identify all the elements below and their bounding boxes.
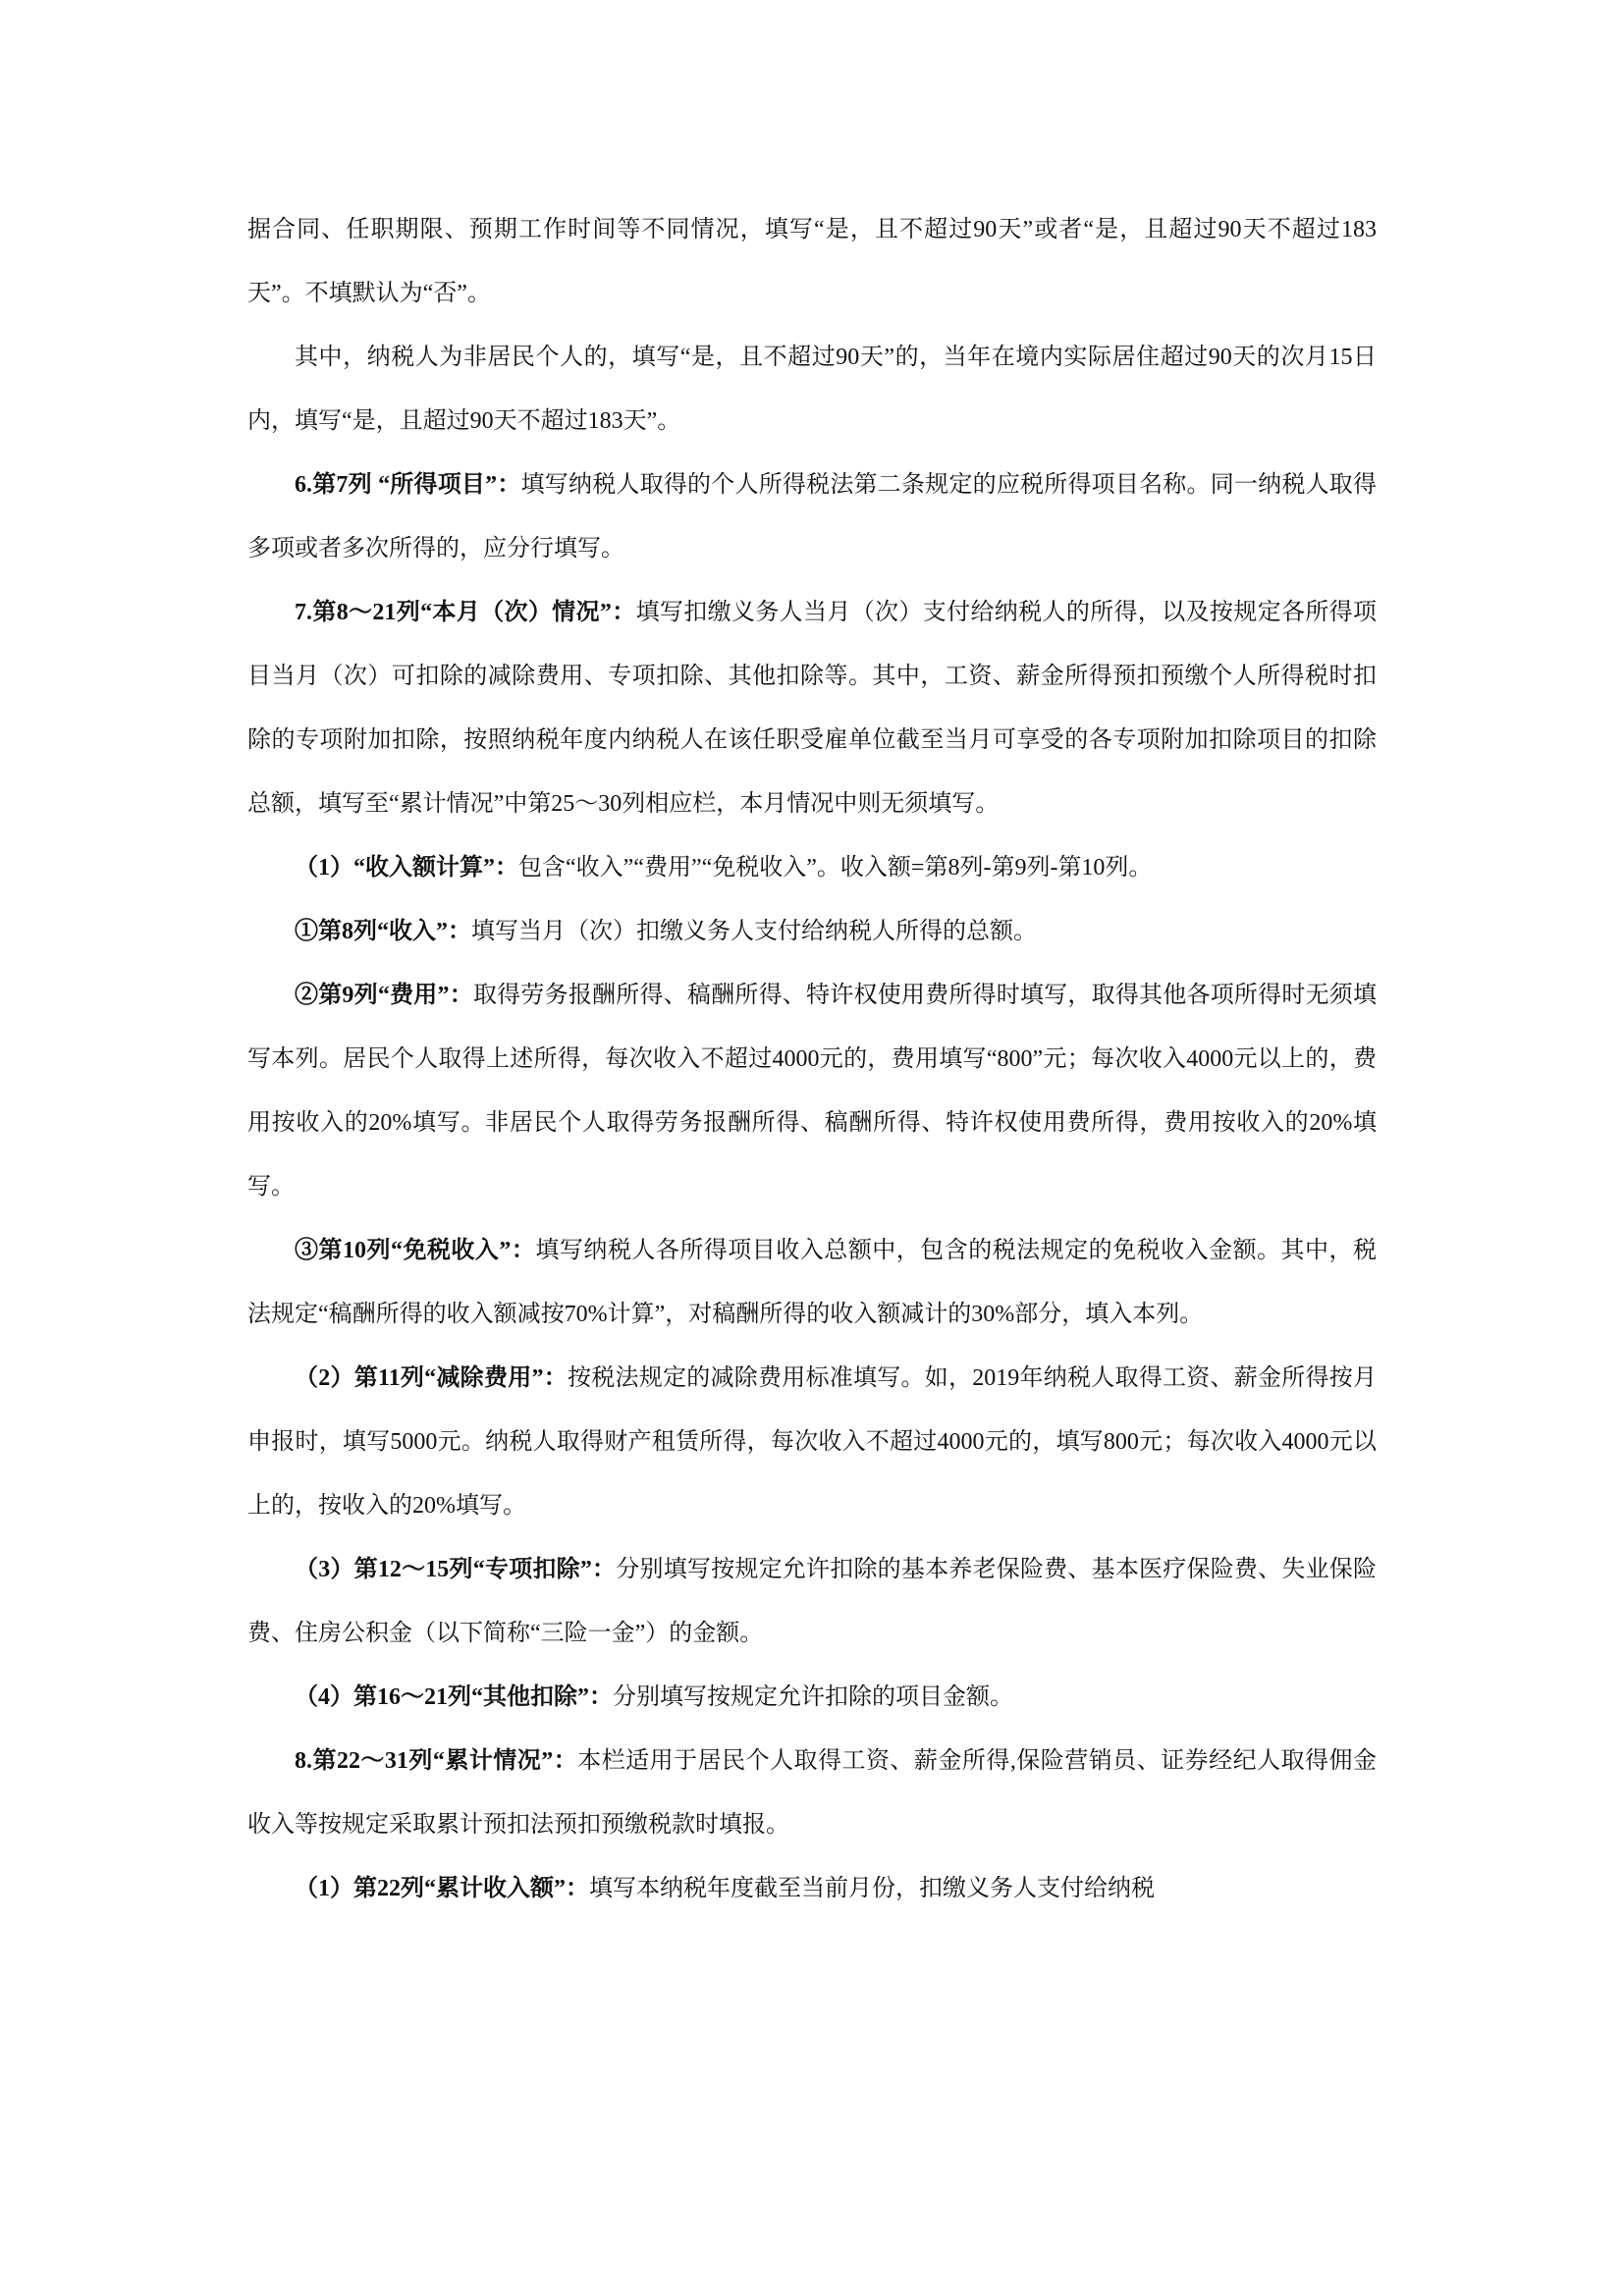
- paragraph-label: （1）第22列“累计收入额”：: [295, 1876, 589, 1901]
- document-page: 据合同、任职期限、预期工作时间等不同情况，填写“是，且不超过90天”或者“是，且…: [247, 198, 1377, 1921]
- paragraph-label: （3）第12～15列“专项扣除”：: [295, 1557, 616, 1582]
- paragraph-item-8-1: （1）第22列“累计收入额”：填写本纳税年度截至当前月份，扣缴义务人支付给纳税: [247, 1857, 1377, 1921]
- paragraph-item-7-1-c: ③第10列“免税收入”：填写纳税人各所得项目收入总额中，包含的税法规定的免税收入…: [247, 1219, 1377, 1347]
- paragraph-text: 填写扣缴义务人当月（次）支付给纳税人的所得，以及按规定各所得项目当月（次）可扣除…: [247, 600, 1377, 817]
- paragraph-item-7: 7.第8～21列“本月（次）情况”：填写扣缴义务人当月（次）支付给纳税人的所得，…: [247, 581, 1377, 836]
- paragraph-label: （1）“收入额计算”：: [295, 855, 518, 881]
- paragraph-label: ③第10列“免税收入”：: [295, 1238, 535, 1263]
- paragraph-item-8: 8.第22～31列“累计情况”：本栏适用于居民个人取得工资、薪金所得,保险营销员…: [247, 1730, 1377, 1857]
- paragraph-item-7-1-a: ①第8列“收入”：填写当月（次）扣缴义务人支付给纳税人所得的总额。: [247, 900, 1377, 964]
- paragraph-item-7-1: （1）“收入额计算”：包含“收入”“费用”“免税收入”。收入额=第8列-第9列-…: [247, 836, 1377, 900]
- paragraph-text: 取得劳务报酬所得、稿酬所得、特许权使用费所得时填写，取得其他各项所得时无须填写本…: [247, 983, 1377, 1200]
- paragraph-text: 填写当月（次）扣缴义务人支付给纳税人所得的总额。: [471, 919, 1037, 944]
- paragraph-item-7-4: （4）第16～21列“其他扣除”：分别填写按规定允许扣除的项目金额。: [247, 1666, 1377, 1730]
- paragraph-item-7-3: （3）第12～15列“专项扣除”：分别填写按规定允许扣除的基本养老保险费、基本医…: [247, 1538, 1377, 1666]
- paragraph-label: ②第9列“费用”：: [295, 983, 473, 1008]
- paragraph-label: 7.第8～21列“本月（次）情况”：: [295, 600, 636, 625]
- paragraph-text: 包含“收入”“费用”“免税收入”。收入额=第8列-第9列-第10列。: [518, 855, 1152, 881]
- paragraph-item-6: 6.第7列 “所得项目”：填写纳税人取得的个人所得税法第二条规定的应税所得项目名…: [247, 454, 1377, 581]
- paragraph-label: 6.第7列 “所得项目”：: [295, 472, 521, 498]
- paragraph-label: 8.第22～31列“累计情况”：: [295, 1748, 577, 1774]
- paragraph-text: 填写本纳税年度截至当前月份，扣缴义务人支付给纳税: [589, 1876, 1155, 1901]
- paragraph-residency-continuation: 据合同、任职期限、预期工作时间等不同情况，填写“是，且不超过90天”或者“是，且…: [247, 198, 1377, 326]
- paragraph-text: 据合同、任职期限、预期工作时间等不同情况，填写“是，且不超过90天”或者“是，且…: [247, 217, 1377, 306]
- paragraph-label: （4）第16～21列“其他扣除”：: [295, 1684, 613, 1710]
- paragraph-label: （2）第11列“减除费用”：: [295, 1365, 568, 1391]
- paragraph-text: 其中，纳税人为非居民个人的，填写“是，且不超过90天”的，当年在境内实际居住超过…: [247, 345, 1377, 434]
- paragraph-label: ①第8列“收入”：: [295, 919, 471, 944]
- paragraph-text: 分别填写按规定允许扣除的项目金额。: [613, 1684, 1013, 1710]
- paragraph-nonresident-note: 其中，纳税人为非居民个人的，填写“是，且不超过90天”的，当年在境内实际居住超过…: [247, 326, 1377, 454]
- paragraph-item-7-2: （2）第11列“减除费用”：按税法规定的减除费用标准填写。如，2019年纳税人取…: [247, 1347, 1377, 1538]
- paragraph-item-7-1-b: ②第9列“费用”：取得劳务报酬所得、稿酬所得、特许权使用费所得时填写，取得其他各…: [247, 964, 1377, 1219]
